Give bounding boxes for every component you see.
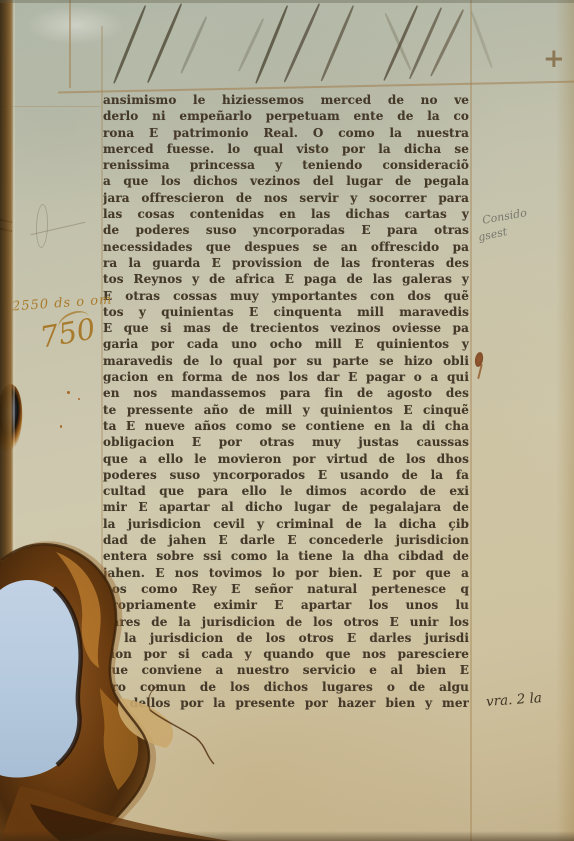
manuscript-line: ra la guarda E provission de las fronter… [103, 255, 469, 271]
manuscript-line: tos y quinientas E cinquenta mill marave… [103, 304, 469, 320]
pencil-note-line2: gsest [477, 225, 508, 244]
manuscript-line: garia por cada uno ocho mill E quiniento… [103, 336, 469, 352]
manuscript-line: necessidades que despues se an offrescid… [103, 239, 469, 255]
pen-stroke-mark [283, 3, 320, 83]
manuscript-line: rona E patrimonio Real. O como la nuestr… [103, 125, 469, 141]
rust-speck [60, 425, 62, 428]
manuscript-line: mir E apartar al dicho lugar de pegalaja… [103, 499, 469, 515]
pen-stroke-mark [320, 5, 354, 81]
manuscript-photo: + ansimismo le hiziessemos merced de no … [0, 0, 574, 841]
manuscript-line: tos Reynos y de africa E paga de las gal… [103, 271, 469, 287]
crack-line [148, 686, 158, 710]
manuscript-line: de poderes suso yncorporadas E para otra… [103, 222, 469, 238]
manuscript-line: te pressente año de mill y quinientos E … [103, 402, 469, 418]
folio-note-bottom-right: vra. 2 la [486, 690, 543, 710]
manuscript-line: las cosas contenidas en las dichas carta… [103, 206, 469, 222]
manuscript-line: obligacion E por otras muy justas caussa… [103, 434, 469, 450]
ruling-line-right [470, 0, 472, 841]
manuscript-line: ansimismo le hiziessemos merced de no ve [103, 92, 469, 108]
pen-stroke-mark [237, 18, 264, 72]
manuscript-line: que a ello le movieron por virtud de los… [103, 451, 469, 467]
top-edge-shadow [0, 0, 574, 3]
manuscript-line: cultad que para ello le dimos acordo de … [103, 483, 469, 499]
manuscript-line: E otras cossas muy ymportantes con dos q… [103, 288, 469, 304]
ink-blot [474, 351, 484, 367]
manuscript-line: renissima princessa y teniendo considera… [103, 157, 469, 173]
pencil-note-line1: Consido [481, 206, 528, 227]
ruling-line-left-outer [69, 0, 71, 88]
manuscript-line: gacion en forma de nos los dar E pagar o… [103, 369, 469, 385]
ruling-line-margin [0, 106, 100, 107]
margin-note-amount: 2550 ds o om [12, 293, 113, 315]
manuscript-line: ta E nueve años como se contiene en la d… [103, 418, 469, 434]
rust-speck [78, 398, 80, 400]
manuscript-line: derlo ni empeñarlo perpetuam ente de la … [103, 108, 469, 124]
pen-stroke-mark [180, 16, 208, 74]
manuscript-line: jara offrescieron de nos servir y socorr… [103, 190, 469, 206]
pen-stroke-mark [146, 3, 182, 83]
pen-stroke-mark [113, 5, 147, 84]
manuscript-line: maravedis de lo qual por su parte se hiz… [103, 353, 469, 369]
faint-loop-mark [35, 204, 49, 248]
manuscript-line: poderes suso yncorporados E usando de la… [103, 467, 469, 483]
rust-speck [67, 391, 70, 394]
manuscript-line: a que los dichos vezinos del lugar de pe… [103, 173, 469, 189]
manuscript-line: en nos mandassemos para fin de agosto de… [103, 385, 469, 401]
burn-damage [0, 528, 250, 841]
manuscript-line: E que si mas de trecientos vezinos ovies… [103, 320, 469, 336]
manuscript-line: merced fuesse. lo qual visto por la dich… [103, 141, 469, 157]
bottom-edge-shadow [0, 831, 574, 841]
right-edge-shadow [556, 0, 574, 841]
pen-stroke-mark [408, 7, 442, 79]
pen-stroke-mark [255, 5, 289, 84]
margin-note-750: 750 [37, 311, 97, 354]
pen-stroke-mark [470, 11, 493, 68]
